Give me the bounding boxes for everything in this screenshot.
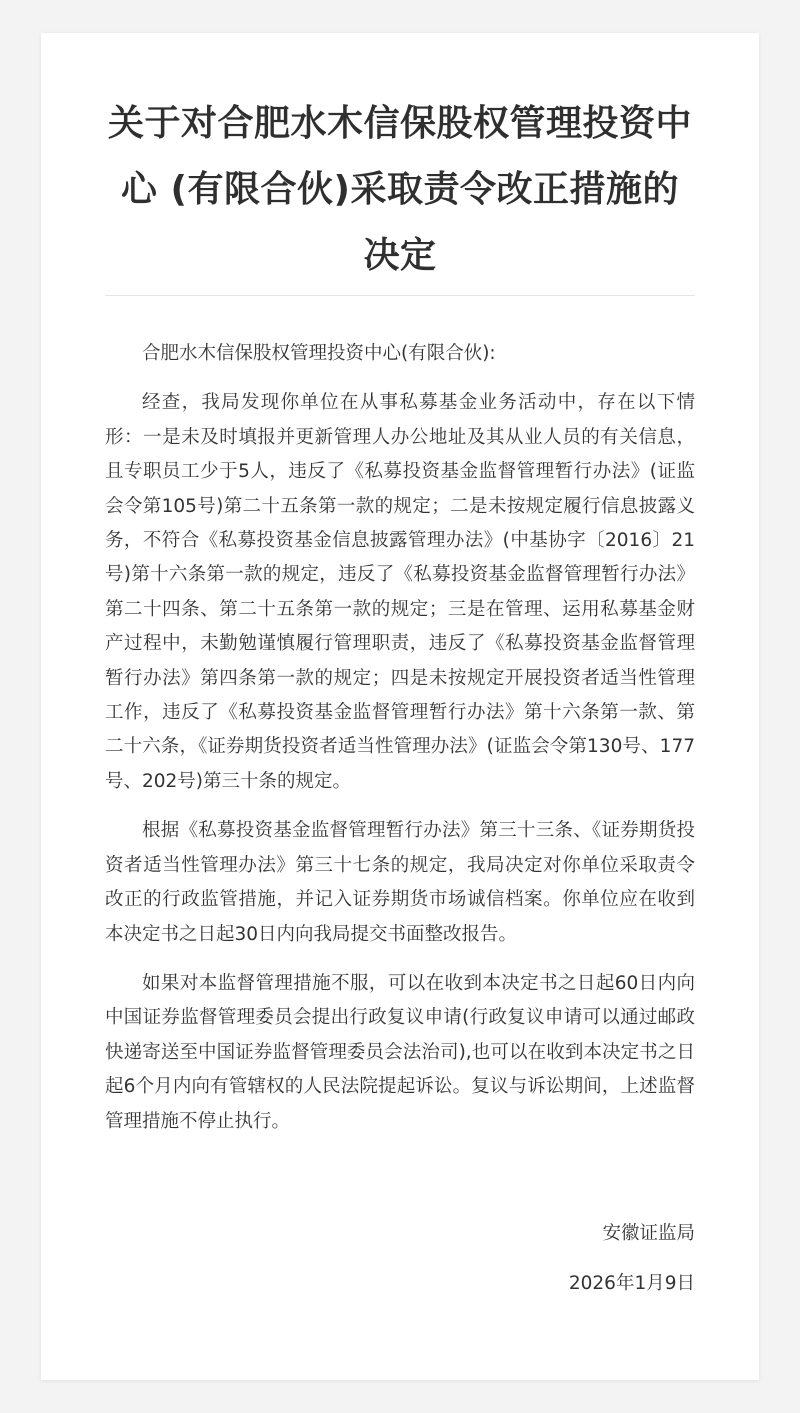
document-body: 合肥水木信保股权管理投资中心(有限合伙): 经查，我局发现你单位在从事私募基金业… [105, 337, 695, 1154]
paragraph-appeal: 如果对本监督管理措施不服，可以在收到本决定书之日起60日内向中国证券监督管理委员… [105, 967, 695, 1139]
document-card: 关于对合肥水木信保股权管理投资中心 (有限合伙)采取责令改正措施的决定 合肥水木… [41, 33, 759, 1380]
salutation: 合肥水木信保股权管理投资中心(有限合伙): [105, 337, 695, 371]
paragraph-decision: 根据《私募投资基金监督管理暂行办法》第三十三条、《证券期货投资者适当性管理办法》… [105, 814, 695, 952]
signature-block: 安徽证监局 2026年1月9日 [569, 1220, 695, 1298]
issuing-organization: 安徽证监局 [569, 1220, 695, 1248]
title-divider [105, 295, 695, 296]
paragraph-findings: 经查，我局发现你单位在从事私募基金业务活动中，存在以下情形：一是未及时填报并更新… [105, 386, 695, 799]
document-title: 关于对合肥水木信保股权管理投资中心 (有限合伙)采取责令改正措施的决定 [105, 91, 695, 289]
issue-date: 2026年1月9日 [569, 1270, 695, 1298]
